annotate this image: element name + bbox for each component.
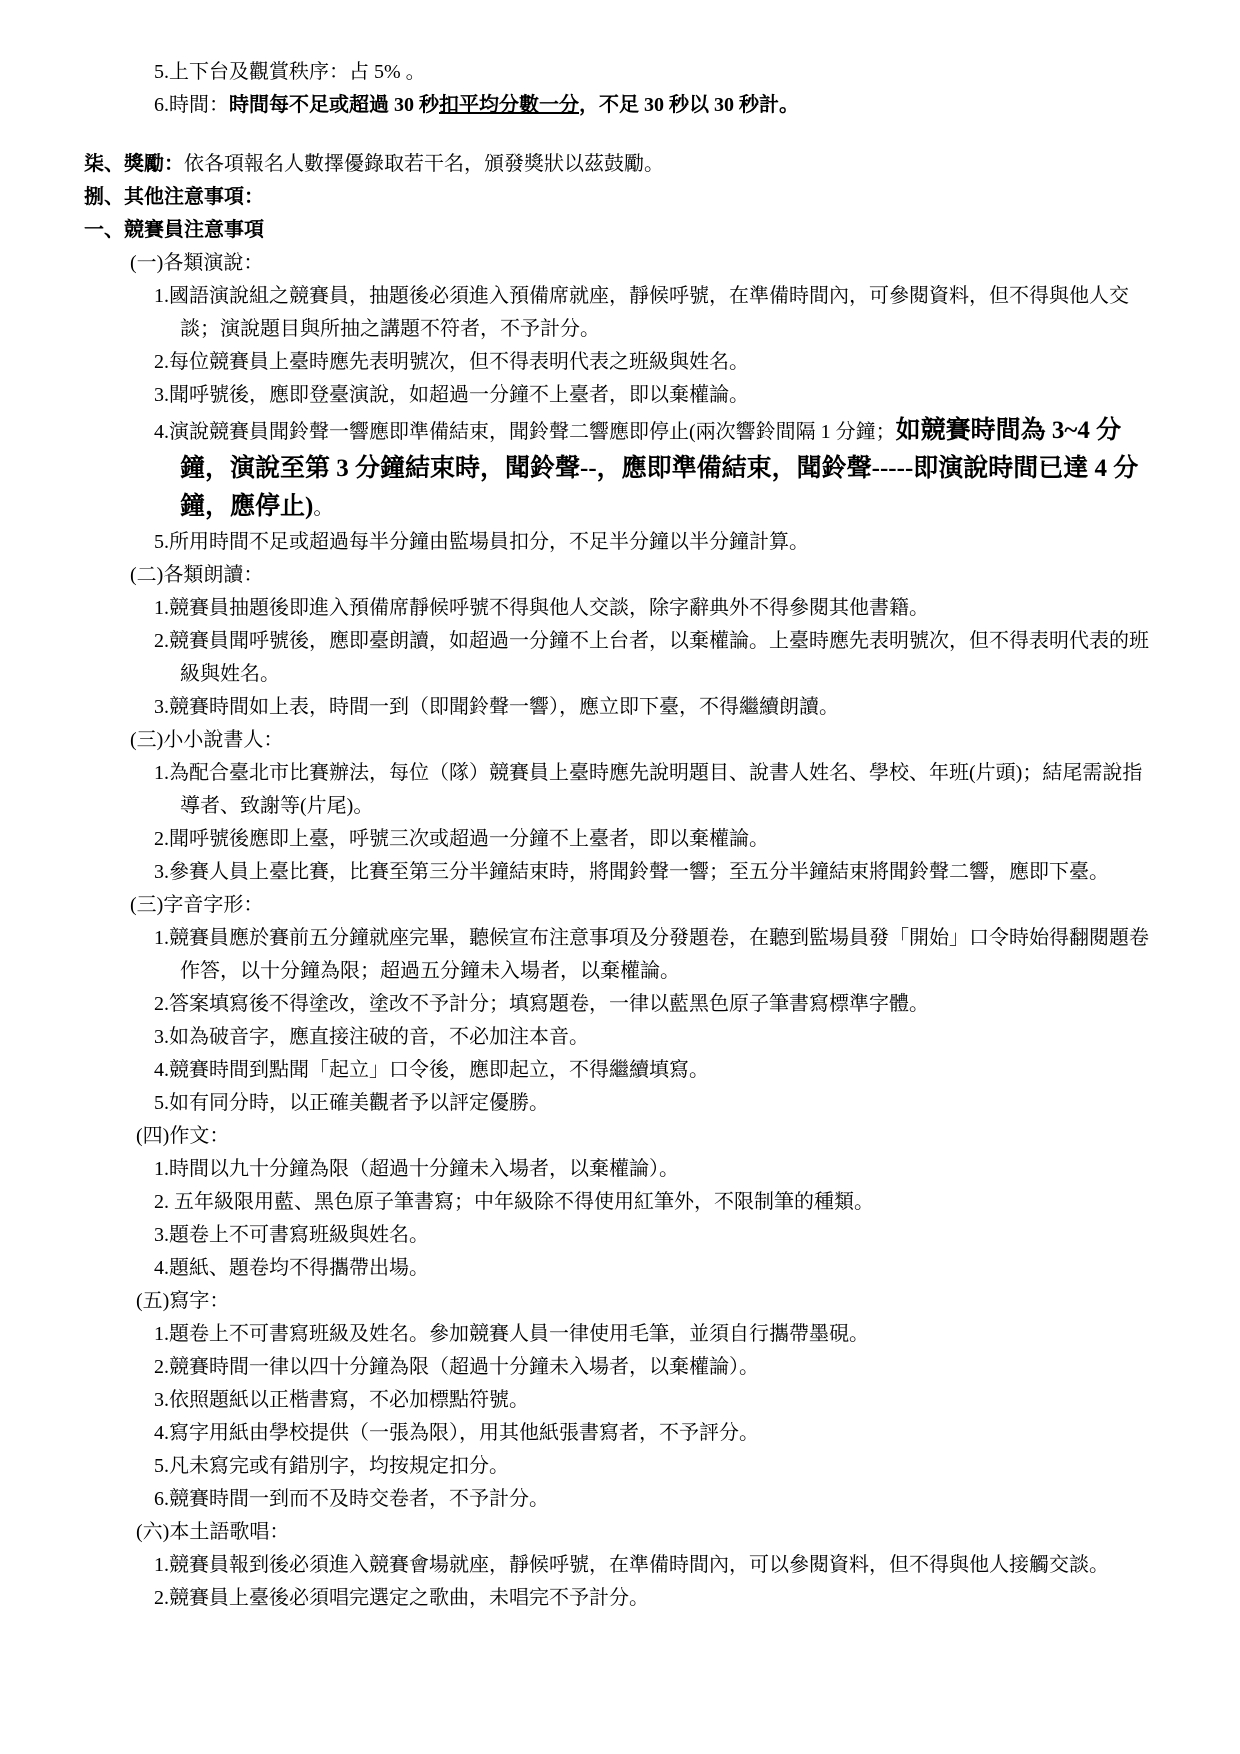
list-item: 4.寫字用紙由學校提供（一張為限），用其他紙張書寫者，不予評分。 [154, 1417, 1154, 1450]
list-item: 1.國語演說組之競賽員，抽題後必須進入預備席就座，靜候呼號，在準備時間內，可參閱… [154, 280, 1154, 346]
section-heading-speech: (一)各類演說： [130, 247, 1154, 280]
rule-line-order: 5.上下台及觀賞秩序：占 5% 。 [154, 56, 1154, 89]
section-heading-reading: (二)各類朗讀： [130, 559, 1154, 592]
list-item: 1.競賽員應於賽前五分鐘就座完畢，聽候宣布注意事項及分發題卷，在聽到監場員發「開… [154, 922, 1154, 988]
award-label: 柒、獎勵： [84, 153, 184, 175]
list-item: 5.如有同分時，以正確美觀者予以評定優勝。 [154, 1087, 1154, 1120]
rule-line-time-bold: 時間每不足或超過 30 秒 [229, 94, 439, 116]
rule-line-time-underlined: 扣平均分數一分 [439, 94, 579, 116]
list-item: 6.競賽時間一到而不及時交卷者，不予計分。 [154, 1483, 1154, 1516]
award-text: 依各項報名人數擇優錄取若干名，頒發獎狀以茲鼓勵。 [184, 153, 664, 175]
list-item: 3.競賽時間如上表，時間一到（即聞鈴聲一響），應立即下臺，不得繼續朗讀。 [154, 691, 1154, 724]
bell-rule-normal: 4.演說競賽員聞鈴聲一響應即準備結束，聞鈴聲二響應即停止(兩次響鈴間隔 1 分鐘… [154, 421, 896, 443]
list-item: 2.競賽員上臺後必須唱完選定之歌曲，未唱完不予計分。 [154, 1582, 1154, 1615]
other-notes-heading: 捌、其他注意事項： [84, 181, 1154, 214]
list-item: 3.聞呼號後，應即登臺演說，如超過一分鐘不上臺者，即以棄權論。 [154, 379, 1154, 412]
award-line: 柒、獎勵：依各項報名人數擇優錄取若干名，頒發獎狀以茲鼓勵。 [84, 148, 1154, 181]
bell-rule-tail: 。 [313, 497, 333, 519]
list-item-bell-rule: 4.演說競賽員聞鈴聲一響應即準備結束，聞鈴聲二響應即停止(兩次響鈴間隔 1 分鐘… [154, 412, 1154, 526]
list-item: 3.題卷上不可書寫班級與姓名。 [154, 1219, 1154, 1252]
section-heading-calligraphy: (五)寫字： [136, 1285, 1154, 1318]
document-page: 5.上下台及觀賞秩序：占 5% 。 6.時間：時間每不足或超過 30 秒扣平均分… [0, 0, 1240, 1675]
list-item: 1.時間以九十分鐘為限（超過十分鐘未入場者，以棄權論）。 [154, 1153, 1154, 1186]
list-item: 2.競賽時間一律以四十分鐘為限（超過十分鐘未入場者，以棄權論）。 [154, 1351, 1154, 1384]
list-item: 1.競賽員報到後必須進入競賽會場就座，靜候呼號，在準備時間內，可以參閱資料，但不… [154, 1549, 1154, 1582]
list-item: 5.凡未寫完或有錯別字，均按規定扣分。 [154, 1450, 1154, 1483]
list-item: 1.為配合臺北市比賽辦法，每位（隊）競賽員上臺時應先說明題目、說書人姓名、學校、… [154, 757, 1154, 823]
list-item: 2. 五年級限用藍、黑色原子筆書寫；中年級除不得使用紅筆外，不限制筆的種類。 [154, 1186, 1154, 1219]
list-item: 1.題卷上不可書寫班級及姓名。參加競賽人員一律使用毛筆，並須自行攜帶墨硯。 [154, 1318, 1154, 1351]
section-heading-native-song: (六)本土語歌唱： [136, 1516, 1154, 1549]
list-item: 3.參賽人員上臺比賽，比賽至第三分半鐘結束時，將聞鈴聲一響；至五分半鐘結束將聞鈴… [154, 856, 1154, 889]
section-heading-composition: (四)作文： [136, 1120, 1154, 1153]
list-item: 2.每位競賽員上臺時應先表明號次，但不得表明代表之班級與姓名。 [154, 346, 1154, 379]
contestant-notes-heading: 一、競賽員注意事項 [84, 214, 1154, 247]
list-item: 2.競賽員聞呼號後，應即臺朗讀，如超過一分鐘不上台者，以棄權論。上臺時應先表明號… [154, 625, 1154, 691]
list-item: 4.題紙、題卷均不得攜帶出場。 [154, 1252, 1154, 1285]
list-item: 3.如為破音字，應直接注破的音，不必加注本音。 [154, 1021, 1154, 1054]
list-item: 2.聞呼號後應即上臺，呼號三次或超過一分鐘不上臺者，即以棄權論。 [154, 823, 1154, 856]
list-item: 3.依照題紙以正楷書寫，不必加標點符號。 [154, 1384, 1154, 1417]
list-item: 5.所用時間不足或超過每半分鐘由監場員扣分，不足半分鐘以半分鐘計算。 [154, 526, 1154, 559]
section-heading-storyteller: (三)小小說書人： [130, 724, 1154, 757]
rule-line-time: 6.時間：時間每不足或超過 30 秒扣平均分數一分，不足 30 秒以 30 秒計… [154, 89, 1154, 122]
list-item: 4.競賽時間到點聞「起立」口令後，應即起立，不得繼續填寫。 [154, 1054, 1154, 1087]
list-item: 1.競賽員抽題後即進入預備席靜候呼號不得與他人交談，除字辭典外不得參閱其他書籍。 [154, 592, 1154, 625]
rule-line-time-prefix: 6.時間： [154, 94, 229, 116]
list-item: 2.答案填寫後不得塗改，塗改不予計分；填寫題卷，一律以藍黑色原子筆書寫標準字體。 [154, 988, 1154, 1021]
blank-gap [84, 122, 1154, 148]
rule-line-time-bold-tail: ，不足 30 秒以 30 秒計。 [579, 94, 799, 116]
section-heading-phonetics: (三)字音字形： [130, 889, 1154, 922]
